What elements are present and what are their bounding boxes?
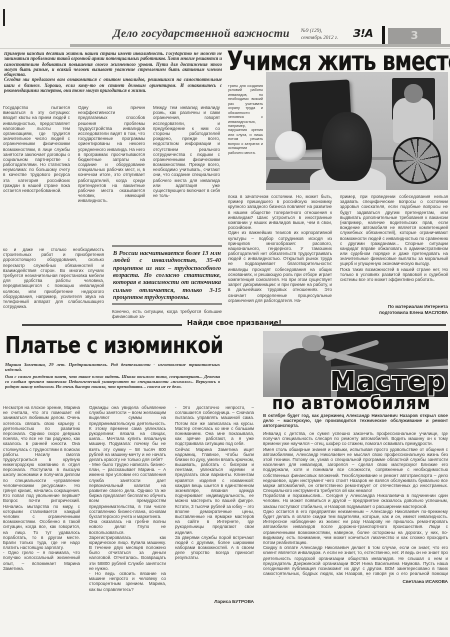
photo-computer-workplace (266, 72, 448, 190)
article-master-lead: В октябре будет год, как дзержинец Алекс… (263, 413, 448, 430)
header-divider-bar (382, 26, 385, 45)
article-master-body: Инвалид с детства, он сумел успешно зако… (263, 431, 448, 577)
article-dress-lead: Она с самого рождения знает, что такое п… (5, 374, 220, 402)
article-dress-col-3: - Это достаточно непросто, – соглашается… (175, 405, 254, 598)
article-master-byline: Светлана ИСАКОВА (263, 579, 448, 585)
page-motto: Дело государственной важности (113, 28, 290, 40)
article-master-title-line2: по автомобилям (272, 393, 431, 414)
page-number-box: 3 (388, 28, 441, 44)
newspaper-logo: З!А (353, 27, 373, 40)
article-dress-byline: Лариса БУТРОВА (175, 599, 254, 605)
crosshead-title: Найди свое призвание! (187, 319, 282, 327)
article-dress-title: Платье с изюминкой (5, 333, 223, 359)
article-top-col-a: Государство пытается вмешаться в эту сит… (3, 105, 70, 243)
article-top-col-b: Одну из причин неэффективности предлагае… (78, 105, 145, 243)
crosshead-rule-left (22, 324, 182, 326)
foreground-woman-hair (322, 112, 371, 180)
article-top-col-e: пока в зачаточном состоянии. Но, может б… (228, 194, 332, 318)
seated-woman-head (404, 84, 422, 103)
article-dress-col-2: Однажды она увидела объявление службы за… (89, 405, 166, 612)
article-top-lead: Примерно каждый десятый житель нашей стр… (4, 52, 222, 102)
crosshead-rule-right (272, 324, 446, 326)
crop-mark (3, 9, 5, 26)
article-top-byline: По материалам Интернета подготовила Елен… (340, 304, 448, 315)
white-teapot (275, 131, 306, 162)
article-top-col-f: пример, при проведении собеседования нел… (340, 194, 448, 302)
article-dress-col-1: Несмотря на плохое зрение, Марина не счи… (3, 405, 80, 612)
article-top-side-column: траты для создания условий работы инвали… (228, 84, 263, 190)
seated-woman (393, 98, 433, 143)
newspaper-page: Дело государственной важности №9 (129), … (0, 0, 450, 637)
statistics-callout: В России насчитывается более 13 млн люде… (112, 245, 222, 305)
article-dress-subhead: Марина Заметина, 29 лет. Предприниматель… (5, 362, 220, 373)
article-top-col-d: ко и даже не столько необходимость строи… (3, 247, 104, 319)
article-top-col-c: Между тем инвалид инвалиду рознь, как ра… (153, 105, 220, 243)
wheelchair-wheel (393, 137, 440, 184)
issue-info: №9 (129), сентябрь 2012 г. (301, 28, 349, 41)
